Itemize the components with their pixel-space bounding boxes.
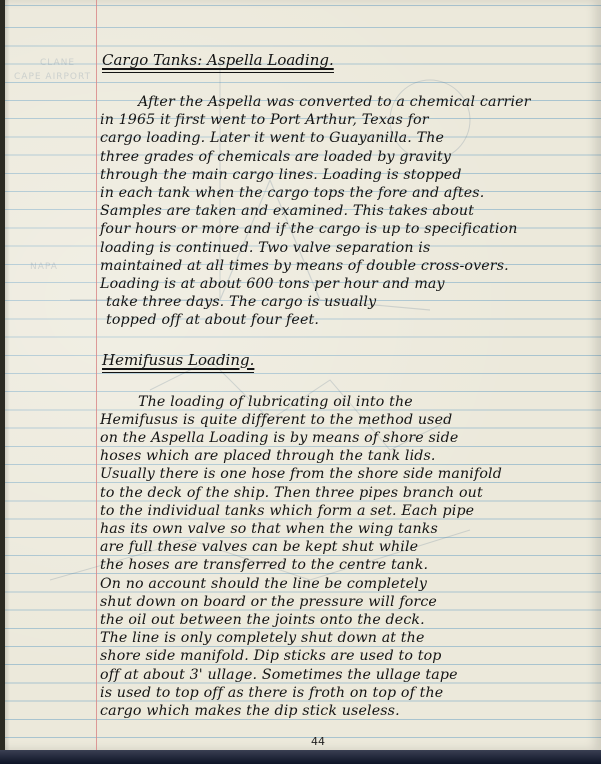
text-line: take three days. The cargo is usually [100, 293, 595, 311]
section-heading-hemifusus: Hemifusus Loading. [102, 350, 254, 373]
text-line: in 1965 it first went to Port Arthur, Te… [100, 111, 595, 129]
paragraph-hemifusus: The loading of lubricating oil into the … [100, 393, 595, 721]
section-heading-aspella: Cargo Tanks: Aspella Loading. [102, 50, 334, 73]
page-bottom-edge [0, 750, 601, 764]
text-line: shut down on board or the pressure will … [100, 593, 595, 611]
text-line: are full these valves can be kept shut w… [100, 538, 595, 556]
ghost-stamp-1: CLANE [40, 58, 75, 68]
paragraph-aspella: After the Aspella was converted to a che… [100, 93, 595, 330]
text-line: hoses which are placed through the tank … [100, 447, 595, 465]
text-line: to the individual tanks which form a set… [100, 502, 595, 520]
page-number: 44 [311, 735, 325, 748]
text-line: on the Aspella Loading is by means of sh… [100, 429, 595, 447]
margin-rule [96, 0, 97, 750]
text-line: in each tank when the cargo tops the for… [100, 184, 595, 202]
section-hemifusus: Hemifusus Loading. [100, 350, 595, 373]
text-line: After the Aspella was converted to a che… [100, 93, 595, 111]
text-line: is used to top off as there is froth on … [100, 684, 595, 702]
text-line: through the main cargo lines. Loading is… [100, 166, 595, 184]
text-line: On no account should the line be complet… [100, 575, 595, 593]
ghost-side-text: NAPA [30, 262, 58, 272]
binding-spine [0, 0, 5, 764]
ghost-stamp-2: CAPE AIRPORT [14, 72, 91, 82]
text-line: cargo loading. Later it went to Guayanil… [100, 129, 595, 147]
text-line: Samples are taken and examined. This tak… [100, 202, 595, 220]
text-line: loading is continued. Two valve separati… [100, 239, 595, 257]
text-line: Hemifusus is quite different to the meth… [100, 411, 595, 429]
text-line: shore side manifold. Dip sticks are used… [100, 647, 595, 665]
text-line: to the deck of the ship. Then three pipe… [100, 484, 595, 502]
text-line: has its own valve so that when the wing … [100, 520, 595, 538]
text-line: The line is only completely shut down at… [100, 629, 595, 647]
text-line: topped off at about four feet. [100, 311, 595, 329]
text-line: Usually there is one hose from the shore… [100, 465, 595, 483]
text-line: Loading is at about 600 tons per hour an… [100, 275, 595, 293]
text-line: the hoses are transferred to the centre … [100, 556, 595, 574]
text-line: three grades of chemicals are loaded by … [100, 148, 595, 166]
notebook-page: CLANE CAPE AIRPORT NAPA Cargo Tanks: Asp… [0, 0, 601, 750]
handwritten-content: Cargo Tanks: Aspella Loading. After the … [100, 46, 595, 720]
text-line: four hours or more and if the cargo is u… [100, 220, 595, 238]
text-line: cargo which makes the dip stick useless. [100, 702, 595, 720]
section-aspella: Cargo Tanks: Aspella Loading. [100, 50, 595, 73]
text-line: maintained at all times by means of doub… [100, 257, 595, 275]
text-line: The loading of lubricating oil into the [100, 393, 595, 411]
text-line: the oil out between the joints onto the … [100, 611, 595, 629]
text-line: off at about 3' ullage. Sometimes the ul… [100, 666, 595, 684]
